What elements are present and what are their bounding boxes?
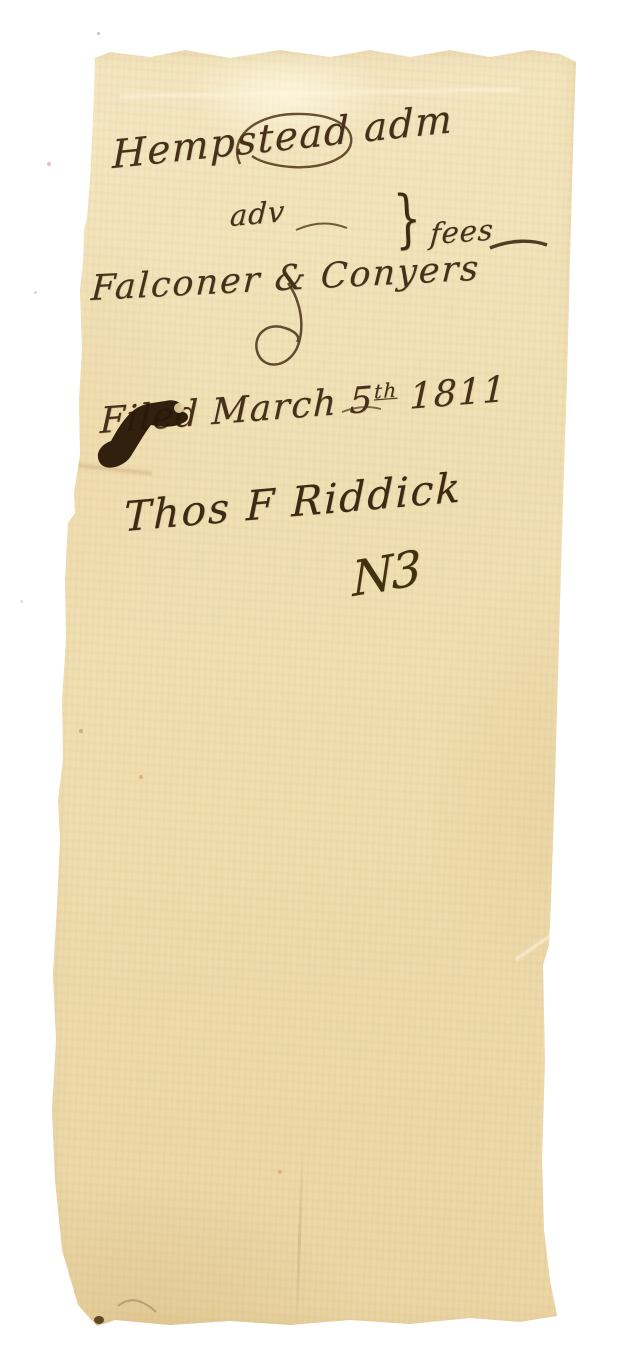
docket-versus-abbrev: adv (229, 197, 286, 231)
filed-day-suffix: th (374, 378, 398, 403)
dust-speck (34, 291, 37, 294)
paper-fleck (139, 775, 143, 779)
paper-fleck (79, 729, 83, 733)
paper-edge-shading (40, 44, 585, 1336)
docket-brace: } (392, 187, 422, 251)
dust-speck (97, 32, 100, 35)
filed-year: 1811 (409, 369, 507, 418)
docket-monogram: N3 (351, 544, 420, 604)
dust-speck (47, 162, 51, 166)
docket-fee-note: fees (429, 215, 495, 249)
filed-day: 5 (349, 379, 374, 422)
paper-fleck (278, 1170, 282, 1174)
filed-word: Filed (99, 393, 200, 442)
paper-sheet (40, 44, 585, 1336)
scanned-document-canvas: Hempstead adm adv } fees Falconer & Cony… (0, 0, 640, 1370)
dust-speck (20, 600, 23, 603)
